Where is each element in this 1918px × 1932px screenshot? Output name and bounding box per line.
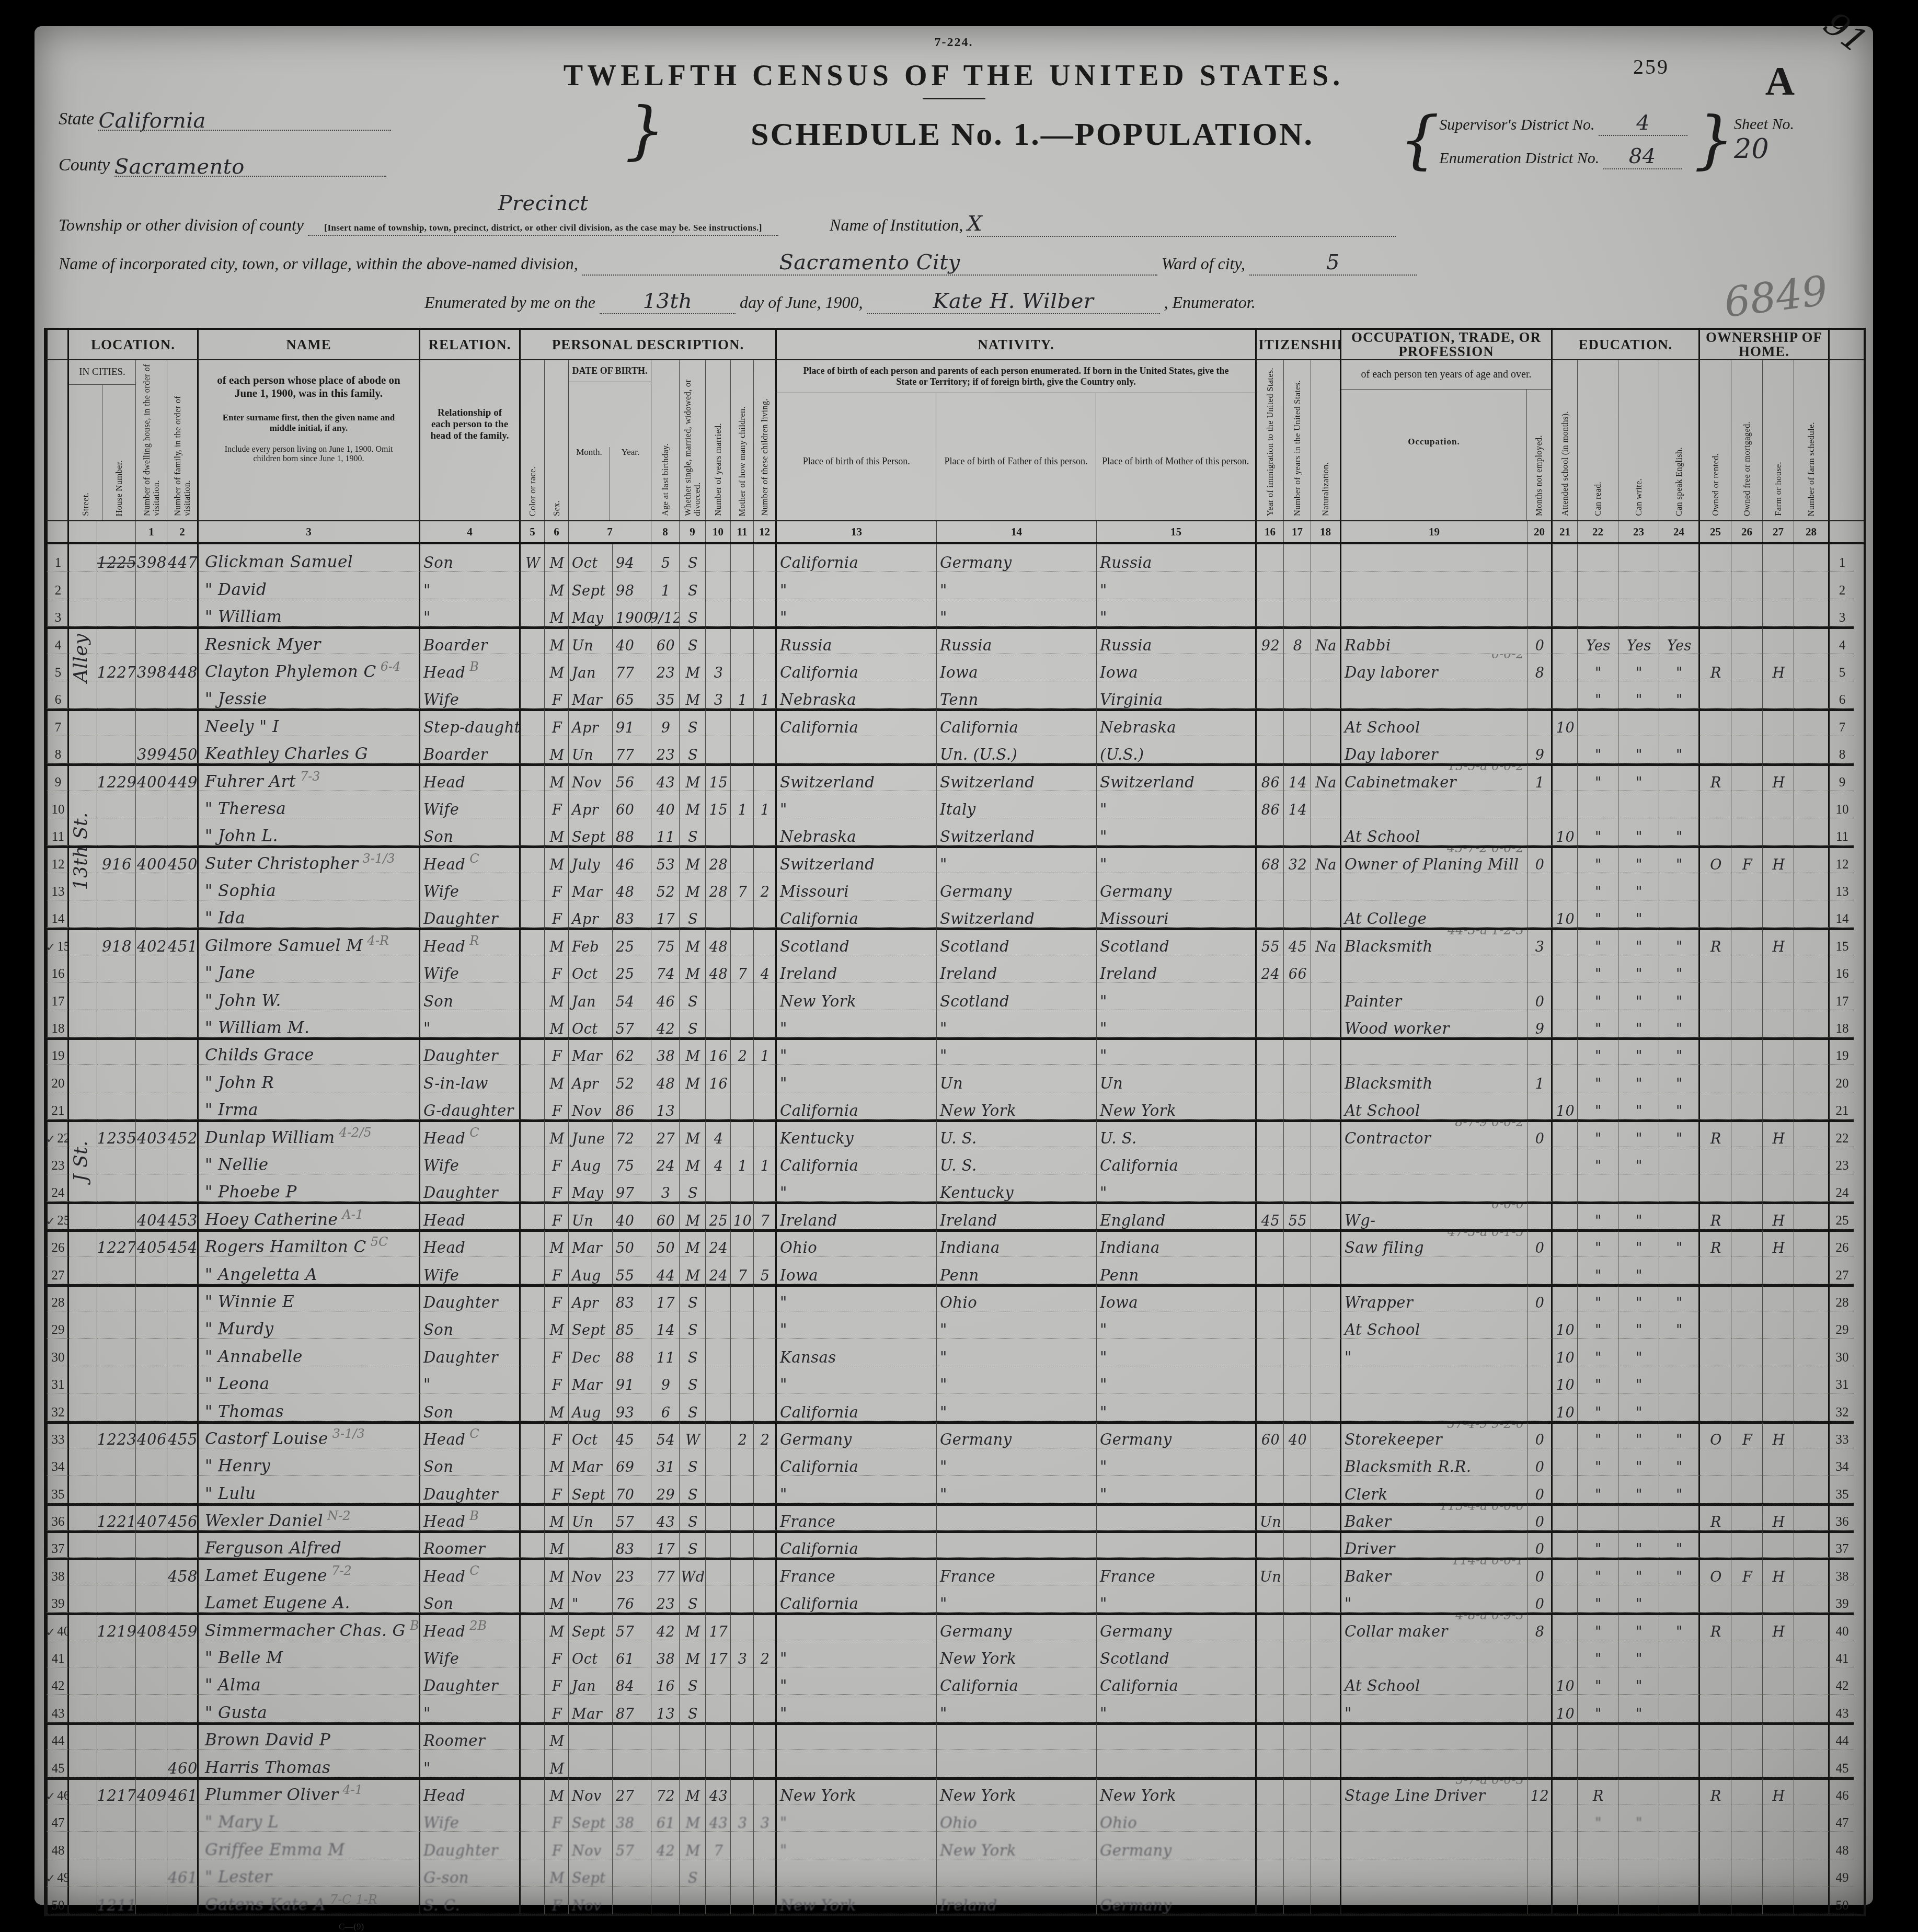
cell-dwell xyxy=(136,1804,167,1832)
value-age: 5 xyxy=(661,556,671,570)
cell-mar: S xyxy=(680,1667,706,1695)
value-sex: M xyxy=(549,748,564,762)
cell-mar: M xyxy=(680,1202,706,1229)
cell-yrs xyxy=(1284,1832,1311,1859)
value-month: Nov xyxy=(572,1104,602,1118)
cell-mo xyxy=(731,544,754,571)
cell-sex: M xyxy=(545,1010,569,1037)
column-race-label: Color or race. xyxy=(521,360,545,520)
column-immigration-label: Year of immigration to the United States… xyxy=(1257,360,1284,520)
group-name: NAME xyxy=(199,330,420,359)
value-year: 76 xyxy=(616,1597,634,1611)
cell-fam xyxy=(167,681,199,708)
value-name: Childs Grace xyxy=(205,1047,314,1064)
cell-race xyxy=(521,928,545,955)
cell-name: " Sophia xyxy=(199,873,420,900)
column-write-label: Can write. xyxy=(1618,360,1659,520)
cell-mne: 0 xyxy=(1527,1476,1553,1503)
cell-yrsm: 25 xyxy=(706,1202,731,1229)
value-pobf: Scotland xyxy=(940,939,1009,954)
cell-yrsm xyxy=(706,1092,731,1119)
row-number-left: 44 xyxy=(46,1722,69,1750)
value-mar: S xyxy=(688,1871,698,1885)
value-pob: California xyxy=(780,1596,858,1611)
cell-imm: 86 xyxy=(1257,791,1284,818)
value-read: " xyxy=(1595,1241,1602,1255)
cell-age: 11 xyxy=(651,1339,680,1366)
institution-label: Name of Institution, xyxy=(830,215,963,234)
cell-pobf: Un xyxy=(937,1065,1097,1092)
cell-write: " xyxy=(1618,1147,1659,1174)
cell-yrsm: 3 xyxy=(706,681,731,708)
cell-yrsm xyxy=(706,1667,731,1695)
cell-race xyxy=(521,1448,545,1476)
cell-mort xyxy=(1731,955,1763,982)
value-read: " xyxy=(1595,1542,1602,1557)
value-rel: Roomer xyxy=(423,1733,485,1748)
cell-race xyxy=(521,1640,545,1667)
cell-write: " xyxy=(1618,955,1659,982)
cell-age: 42 xyxy=(651,1010,680,1037)
row-number-right: 7 xyxy=(1830,708,1854,736)
value-eng: " xyxy=(1676,1049,1683,1064)
cell-mo xyxy=(731,1530,754,1558)
cell-imm xyxy=(1257,1613,1284,1640)
value-read: " xyxy=(1595,1816,1602,1831)
cell-pob: California xyxy=(777,1147,937,1174)
value-write: " xyxy=(1636,912,1643,927)
cell-sch xyxy=(1553,599,1578,626)
value-year: 62 xyxy=(616,1049,634,1064)
value-rel: " xyxy=(423,610,431,625)
name-desc-2: Enter surname first, then the given name… xyxy=(199,404,419,442)
cell-yrs xyxy=(1284,1585,1311,1613)
value-pob: Kansas xyxy=(780,1350,836,1365)
value-pobf: Germany xyxy=(940,884,1012,899)
value-mne: 8 xyxy=(1535,1625,1545,1639)
value-age: 9/12 xyxy=(651,611,680,625)
table-row: 11225398447Glickman SamuelSonWMOct945SCa… xyxy=(46,544,1864,571)
cell-liv xyxy=(754,1092,777,1119)
cell-street xyxy=(69,1722,97,1750)
cell-rel: S-in-law xyxy=(420,1065,521,1092)
cell-mne: 0 xyxy=(1527,1421,1553,1448)
cell-mort xyxy=(1731,1284,1763,1311)
value-dwell: 404 xyxy=(137,1213,167,1228)
margin-tick: ✓ xyxy=(46,1626,55,1639)
cell-name: " Murdy xyxy=(199,1311,420,1339)
value-yrsm: 3 xyxy=(714,693,723,707)
enumerated-label-2: day of June, 1900, xyxy=(740,293,863,312)
value-liv: 1 xyxy=(761,693,770,707)
cell-imm xyxy=(1257,1832,1284,1859)
cell-write xyxy=(1618,1174,1659,1202)
num-sch: 21 xyxy=(1553,521,1578,542)
value-house: 916 xyxy=(102,857,132,872)
table-row: ✓461217409461Plummer Oliver4-1HeadMNov27… xyxy=(46,1777,1864,1804)
value-pobf: Switzerland xyxy=(940,775,1035,790)
row-gutter xyxy=(46,360,69,520)
value-write: " xyxy=(1636,1625,1643,1639)
cell-own xyxy=(1700,736,1731,763)
value-mne: 0 xyxy=(1535,1460,1545,1474)
cell-name: Lamet Eugene A. xyxy=(199,1585,420,1613)
value-pob: " xyxy=(780,1185,787,1201)
value-occ: At School xyxy=(1345,1678,1420,1694)
cell-month: Apr xyxy=(569,1284,613,1311)
cell-age: 23 xyxy=(651,736,680,763)
cell-imm: 24 xyxy=(1257,955,1284,982)
cell-age: 9 xyxy=(651,1366,680,1393)
value-year: 57 xyxy=(616,1844,634,1858)
value-read: " xyxy=(1595,748,1602,762)
cell-mar: S xyxy=(680,1339,706,1366)
value-sex: F xyxy=(552,803,562,817)
value-read: " xyxy=(1595,693,1602,707)
value-house: 1211 xyxy=(97,1898,136,1913)
cell-fam xyxy=(167,1393,199,1421)
cell-occ xyxy=(1341,599,1527,626)
cell-fno xyxy=(1794,1777,1830,1804)
value-sex: M xyxy=(549,1022,564,1036)
value-sex: M xyxy=(549,1871,564,1885)
table-row: 38458Lamet Eugene7-2HeadCMNov2377WdFranc… xyxy=(46,1558,1864,1585)
cell-pobf: Un. (U.S.) xyxy=(937,736,1097,763)
cell-mort xyxy=(1731,599,1763,626)
value-year: 93 xyxy=(616,1406,634,1420)
cell-year: 1900 xyxy=(613,599,651,626)
value-year: 40 xyxy=(616,1214,634,1228)
value-occ: Owner of Planing Mill xyxy=(1345,857,1519,872)
table-row: ✓25404453Hoey CatherineA-1HeadFUn4060M25… xyxy=(46,1202,1864,1229)
cell-race xyxy=(521,1284,545,1311)
cell-sex: M xyxy=(545,1859,569,1887)
cell-yrsm xyxy=(706,1284,731,1311)
value-month: Sept xyxy=(572,830,606,844)
value-month: Un xyxy=(572,1214,593,1228)
value-pobm: Germany xyxy=(1100,1898,1172,1913)
value-sex: F xyxy=(552,1679,562,1694)
cell-eng: " xyxy=(1659,1448,1700,1476)
cell-age xyxy=(651,1722,680,1750)
row-number-left: 1 xyxy=(46,544,69,571)
cell-mo xyxy=(731,1174,754,1202)
value-pob: " xyxy=(780,1322,787,1337)
cell-fno xyxy=(1794,1284,1830,1311)
cell-imm xyxy=(1257,1804,1284,1832)
cell-name: " Jane xyxy=(199,955,420,982)
cell-dwell xyxy=(136,1722,167,1750)
cell-fno xyxy=(1794,1229,1830,1256)
value-name: " Gusta xyxy=(205,1705,267,1721)
pencil-relation-code: C xyxy=(469,1426,479,1441)
cell-age: 72 xyxy=(651,1777,680,1804)
cell-sch xyxy=(1553,1256,1578,1284)
cell-sex: F xyxy=(545,1339,569,1366)
cell-eng xyxy=(1659,1640,1700,1667)
cell-rel: Son xyxy=(420,818,521,845)
value-mar: M xyxy=(685,858,700,872)
value-sch: 10 xyxy=(1556,1406,1575,1420)
cell-house xyxy=(97,873,136,900)
cell-month: " xyxy=(569,1585,613,1613)
cell-eng: " xyxy=(1659,1421,1700,1448)
value-mar: M xyxy=(685,1625,700,1639)
cell-mo: 1 xyxy=(731,1147,754,1174)
cell-rel: Daughter xyxy=(420,1667,521,1695)
value-sex: M xyxy=(549,1460,564,1474)
cell-pobm: Missouri xyxy=(1097,900,1257,928)
cell-name: " Leona xyxy=(199,1366,420,1393)
column-years-married-label: Number of years married. xyxy=(706,360,731,520)
cell-rel: HeadC xyxy=(420,845,521,873)
value-mne: 0 xyxy=(1535,639,1545,653)
cell-fam: 451 xyxy=(167,928,199,955)
cell-occ: Baker113-4-a 0-0-0 xyxy=(1341,1503,1527,1530)
row-number-left: ✓49 xyxy=(46,1859,69,1887)
value-occ: Rabbi xyxy=(1345,638,1391,653)
cell-mo xyxy=(731,1887,754,1914)
row-number-right: 15 xyxy=(1830,928,1854,955)
cell-mo xyxy=(731,982,754,1010)
cell-rel: Boarder xyxy=(420,626,521,654)
cell-pobf: Tenn xyxy=(937,681,1097,708)
cell-eng xyxy=(1659,1667,1700,1695)
value-write: " xyxy=(1636,1323,1643,1337)
cell-pob: Kentucky xyxy=(777,1119,937,1147)
pencil-relation-code: B xyxy=(469,1508,479,1523)
cell-own xyxy=(1700,1448,1731,1476)
value-read: " xyxy=(1595,885,1602,899)
cell-yrsm: 48 xyxy=(706,928,731,955)
value-fam: 450 xyxy=(168,747,198,762)
value-write: " xyxy=(1636,1214,1643,1228)
table-row: ✓15918402451Gilmore Samuel M4-RHeadRMFeb… xyxy=(46,928,1864,955)
cell-read: " xyxy=(1578,736,1618,763)
value-occ: " xyxy=(1345,1350,1352,1365)
cell-age: 74 xyxy=(651,955,680,982)
cell-own xyxy=(1700,1092,1731,1119)
row-number-left: 8 xyxy=(46,736,69,763)
ornament-rule xyxy=(923,98,985,99)
cell-yrs xyxy=(1284,1777,1311,1804)
cell-read: " xyxy=(1578,1695,1618,1722)
cell-pobm: Germany xyxy=(1097,873,1257,900)
value-occ: Wrapper xyxy=(1345,1295,1413,1310)
value-nat: Na xyxy=(1315,858,1337,872)
cell-read: " xyxy=(1578,1476,1618,1503)
group-citizenship: CITIZENSHIP. xyxy=(1257,330,1341,359)
column-owned-rented-label: Owned or rented. xyxy=(1700,360,1731,520)
cell-mort xyxy=(1731,982,1763,1010)
value-liv: 5 xyxy=(761,1269,770,1283)
cell-sch xyxy=(1553,955,1578,982)
cell-house xyxy=(97,1859,136,1887)
cell-occ xyxy=(1341,1366,1527,1393)
cell-fam xyxy=(167,1256,199,1284)
cell-nat xyxy=(1311,955,1341,982)
value-pobf: Ireland xyxy=(940,1213,997,1228)
cell-pobf xyxy=(937,1859,1097,1887)
cell-year xyxy=(613,1722,651,1750)
cell-yrs: 14 xyxy=(1284,763,1311,791)
cell-rel: Daughter xyxy=(420,1284,521,1311)
cell-age: 31 xyxy=(651,1448,680,1476)
cell-pobf xyxy=(937,1722,1097,1750)
cell-imm: 86 xyxy=(1257,763,1284,791)
cell-name: " Irma xyxy=(199,1092,420,1119)
value-pobm: England xyxy=(1100,1213,1166,1228)
cell-sex: F xyxy=(545,955,569,982)
cell-read: " xyxy=(1578,1010,1618,1037)
cell-mo xyxy=(731,1667,754,1695)
table-row: 11" John L.SonMSept8811SNebraskaSwitzerl… xyxy=(46,818,1864,845)
cell-nat xyxy=(1311,1777,1341,1804)
cell-month: Oct xyxy=(569,1010,613,1037)
cell-year: 83 xyxy=(613,1284,651,1311)
cell-name: Hoey CatherineA-1 xyxy=(199,1202,420,1229)
cell-write xyxy=(1618,791,1659,818)
value-rel: Daughter xyxy=(423,1843,498,1858)
value-sex: M xyxy=(549,666,564,680)
cell-read: " xyxy=(1578,982,1618,1010)
cell-sch xyxy=(1553,1777,1578,1804)
value-name: Griffee Emma M xyxy=(205,1842,345,1858)
state-value: California xyxy=(98,109,205,133)
value-pob: Scotland xyxy=(780,939,849,954)
cell-eng: " xyxy=(1659,818,1700,845)
value-write: " xyxy=(1636,995,1643,1009)
supervisor-value: 4 xyxy=(1636,111,1650,135)
cell-yrsm: 43 xyxy=(706,1804,731,1832)
nativity-columns: Place of birth of this Person.Place of b… xyxy=(777,393,1255,520)
value-pobf: " xyxy=(940,610,947,625)
cell-age: 9/12 xyxy=(651,599,680,626)
cell-street xyxy=(69,1174,97,1202)
value-month: Mar xyxy=(572,1378,602,1392)
cell-name: " William M. xyxy=(199,1010,420,1037)
cell-yrsm xyxy=(706,1448,731,1476)
value-mne: 0 xyxy=(1535,1597,1545,1611)
cell-name: " Ida xyxy=(199,900,420,928)
value-pob: Ohio xyxy=(780,1240,817,1255)
cell-yrs xyxy=(1284,873,1311,900)
value-yrs: 14 xyxy=(1289,803,1307,817)
cell-yrsm: 28 xyxy=(706,845,731,873)
value-yrsm: 15 xyxy=(709,776,728,790)
value-month: Apr xyxy=(572,721,599,735)
cell-sch xyxy=(1553,1722,1578,1750)
cell-sex: M xyxy=(545,1229,569,1256)
cell-month: Un xyxy=(569,1202,613,1229)
cell-street xyxy=(69,736,97,763)
cell-mar: M xyxy=(680,654,706,681)
value-mar: S xyxy=(688,1378,698,1392)
cell-mo xyxy=(731,900,754,928)
value-year: 25 xyxy=(616,967,634,981)
value-sch: 10 xyxy=(1556,721,1575,735)
table-row: 16" JaneWifeFOct2574M4874IrelandIrelandI… xyxy=(46,955,1864,982)
cell-write: " xyxy=(1618,1229,1659,1256)
cell-rel: Son xyxy=(420,1585,521,1613)
cell-mo xyxy=(731,1695,754,1722)
cell-liv xyxy=(754,626,777,654)
cell-liv xyxy=(754,982,777,1010)
cell-sex: M xyxy=(545,1503,569,1530)
cell-year: 98 xyxy=(613,571,651,599)
value-dwell: 406 xyxy=(137,1432,167,1447)
cell-occ xyxy=(1341,1256,1527,1284)
cell-race xyxy=(521,1256,545,1284)
value-mar: M xyxy=(685,940,700,954)
column-farm-house-label: Farm or house. xyxy=(1763,360,1794,520)
value-liv: 4 xyxy=(761,967,770,981)
cell-eng xyxy=(1659,1750,1700,1777)
cell-pob: New York xyxy=(777,1887,937,1914)
column-naturalization-label: Naturalization. xyxy=(1311,360,1341,520)
value-pobm: Germany xyxy=(1100,884,1172,899)
cell-age: 60 xyxy=(651,1202,680,1229)
ward-label: Ward of city, xyxy=(1162,254,1245,273)
cell-month: Jan xyxy=(569,654,613,681)
cell-mar xyxy=(680,1887,706,1914)
value-mne: 0 xyxy=(1535,1542,1545,1557)
cell-age: 44 xyxy=(651,1256,680,1284)
cell-pobf: " xyxy=(937,1037,1097,1065)
cell-fam xyxy=(167,1092,199,1119)
cell-yrs xyxy=(1284,1695,1311,1722)
cell-write: " xyxy=(1618,1119,1659,1147)
table-row: 31" Leona"FMar919S"""10""31 xyxy=(46,1366,1864,1393)
cell-write: " xyxy=(1618,1065,1659,1092)
row-number-left: 12 xyxy=(46,845,69,873)
cell-nat xyxy=(1311,1147,1341,1174)
cell-dwell xyxy=(136,599,167,626)
cell-rel: HeadR xyxy=(420,928,521,955)
cell-occ xyxy=(1341,1147,1527,1174)
cell-street xyxy=(69,873,97,900)
num-own: 25 xyxy=(1700,521,1731,542)
value-eng: " xyxy=(1676,1488,1683,1502)
cell-house: 916 xyxy=(97,845,136,873)
value-age: 44 xyxy=(657,1269,675,1283)
cell-name: Plummer Oliver4-1 xyxy=(199,1777,420,1804)
value-name: " Winnie E xyxy=(205,1294,294,1310)
cell-street xyxy=(69,1037,97,1065)
cell-read xyxy=(1578,571,1618,599)
cell-name: Lamet Eugene7-2 xyxy=(199,1558,420,1585)
cell-sch xyxy=(1553,1640,1578,1667)
value-pobm: California xyxy=(1100,1158,1178,1173)
value-mar: S xyxy=(688,556,698,570)
value-eng: " xyxy=(1676,1625,1683,1639)
cell-fno xyxy=(1794,1065,1830,1092)
cell-pob: Scotland xyxy=(777,928,937,955)
table-row: 20" John RS-in-lawMApr5248M16"UnUnBlacks… xyxy=(46,1065,1864,1092)
cell-pobf: " xyxy=(937,845,1097,873)
value-mo: 7 xyxy=(738,1269,748,1283)
cell-race xyxy=(521,900,545,928)
value-read: " xyxy=(1595,1597,1602,1611)
cell-fam xyxy=(167,1585,199,1613)
cell-pobm: Iowa xyxy=(1097,1284,1257,1311)
value-age: 24 xyxy=(657,1159,675,1173)
cell-liv xyxy=(754,1393,777,1421)
cell-read: " xyxy=(1578,1393,1618,1421)
value-yrsm: 24 xyxy=(709,1241,728,1255)
value-age: 38 xyxy=(657,1652,675,1666)
value-age: 3 xyxy=(661,1186,671,1201)
